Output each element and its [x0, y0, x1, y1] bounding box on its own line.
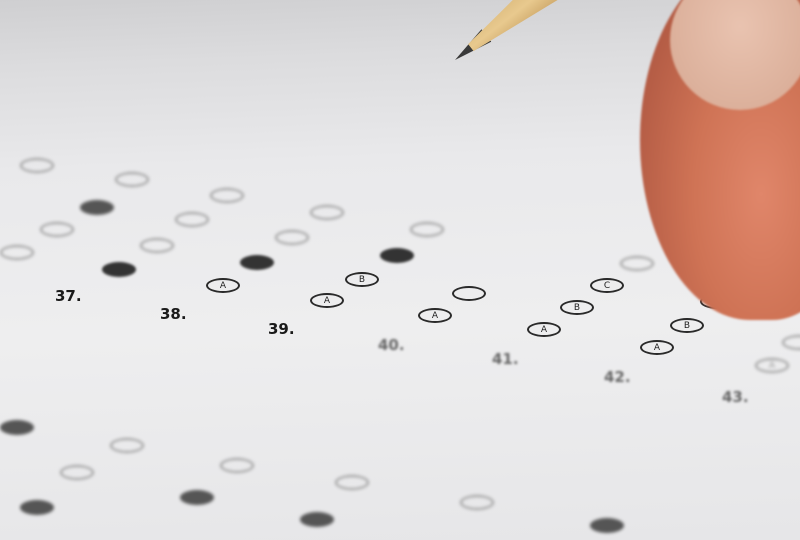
bubble: [335, 475, 369, 490]
question-number: 43.: [722, 388, 749, 406]
bubble-b[interactable]: [452, 286, 486, 301]
bubble-b[interactable]: B: [670, 318, 704, 333]
question-number: 42.: [604, 368, 631, 386]
bubble-filled: [380, 248, 414, 263]
bubble-b[interactable]: B: [345, 272, 379, 287]
bubble-a[interactable]: A: [206, 278, 240, 293]
bubble: [620, 256, 654, 271]
bubble-c[interactable]: C: [590, 278, 624, 293]
bubble: [175, 212, 209, 227]
question-number: 39.: [268, 320, 295, 338]
bubble-filled: [590, 518, 624, 533]
bubble: [20, 158, 54, 173]
bubble: [110, 438, 144, 453]
bubble: [220, 458, 254, 473]
bubble-filled: [240, 255, 274, 270]
bubble-filled: [0, 420, 34, 435]
question-number: 38.: [160, 305, 187, 323]
bubble-a[interactable]: A: [418, 308, 452, 323]
bubble-a[interactable]: A: [527, 322, 561, 337]
bubble: [310, 205, 344, 220]
bubble: [782, 335, 800, 350]
bubble: [460, 495, 494, 510]
bubble: [115, 172, 149, 187]
question-number: 41.: [492, 350, 519, 368]
bubble: [210, 188, 244, 203]
bubble-filled: [20, 500, 54, 515]
bubble-filled: [102, 262, 136, 277]
bubble-a[interactable]: A: [640, 340, 674, 355]
bubble-filled: [180, 490, 214, 505]
bubble: [410, 222, 444, 237]
bubble: [140, 238, 174, 253]
bubble: [40, 222, 74, 237]
bubble-filled: [300, 512, 334, 527]
bubble: [60, 465, 94, 480]
bubble-a[interactable]: A: [310, 293, 344, 308]
bubble-b[interactable]: B: [560, 300, 594, 315]
bubble: [275, 230, 309, 245]
bubble-filled: [80, 200, 114, 215]
question-number: 40.: [378, 336, 405, 354]
question-number: 37.: [55, 287, 82, 305]
bubble-a: A: [755, 358, 789, 373]
bubble: [0, 245, 34, 260]
